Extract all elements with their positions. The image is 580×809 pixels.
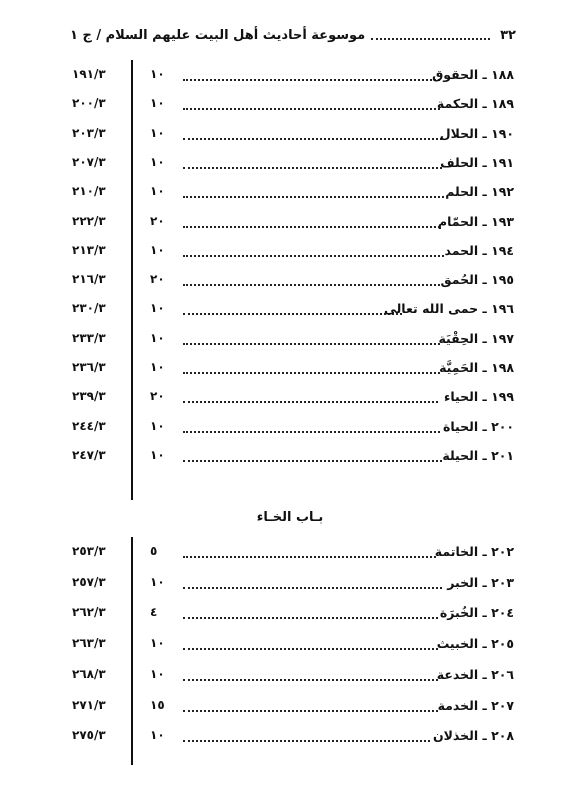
entry-title: ١٩٣ ـ الحمّام bbox=[438, 214, 514, 229]
entry-title: ١٩٦ ـ حمى الله تعالى bbox=[384, 301, 514, 316]
toc-entry[interactable]: ٢١٦/٣٢٠١٩٥ ـ الحُمق bbox=[0, 272, 580, 292]
entry-hadith-count: ١٠ bbox=[150, 575, 180, 589]
entry-hadith-count: ١٠ bbox=[150, 126, 180, 140]
entry-hadith-count: ١٠ bbox=[150, 301, 180, 315]
entry-title: ١٩١ ـ الحلف bbox=[440, 155, 514, 170]
entry-page-ref: ٢٥٧/٣ bbox=[72, 575, 127, 589]
leader-dots bbox=[183, 79, 440, 81]
leader-dots bbox=[183, 138, 442, 140]
entry-title: ٢٠٢ ـ الخاتمة bbox=[435, 544, 514, 559]
entry-title: ١٩٨ ـ الحَمِيَّة bbox=[439, 360, 514, 375]
leader-dots bbox=[183, 648, 438, 650]
leader-dots bbox=[183, 313, 402, 315]
leader-dots bbox=[183, 431, 440, 433]
entry-title: ١٩٤ ـ الحمد bbox=[445, 243, 514, 258]
entry-page-ref: ٢٤٤/٣ bbox=[72, 419, 127, 433]
leader-dots bbox=[183, 226, 440, 228]
chapter-heading: بـاب الخـاء bbox=[0, 510, 580, 525]
book-title: موسوعة أحاديث أهل البيت عليهم السلام / ج… bbox=[70, 28, 365, 43]
entry-page-ref: ٢٥٣/٣ bbox=[72, 544, 127, 558]
toc-entry[interactable]: ٢١٣/٣١٠١٩٤ ـ الحمد bbox=[0, 243, 580, 263]
entry-hadith-count: ١٠ bbox=[150, 448, 180, 462]
entry-page-ref: ٢٦٣/٣ bbox=[72, 636, 127, 650]
leader-dots bbox=[183, 710, 438, 712]
entry-hadith-count: ١٠ bbox=[150, 155, 180, 169]
leader-dots bbox=[183, 108, 440, 110]
entry-page-ref: ٢٣٦/٣ bbox=[72, 360, 127, 374]
leader-dots bbox=[183, 617, 438, 619]
toc-entry[interactable]: ٢٣٦/٣١٠١٩٨ ـ الحَمِيَّة bbox=[0, 360, 580, 380]
leader-dots bbox=[183, 460, 442, 462]
entry-page-ref: ٢٦٨/٣ bbox=[72, 667, 127, 681]
entry-hadith-count: ١٠ bbox=[150, 184, 180, 198]
entry-page-ref: ٢٠٠/٣ bbox=[72, 96, 127, 110]
entry-page-ref: ٢٤٧/٣ bbox=[72, 448, 127, 462]
toc-entry[interactable]: ٢٧١/٣١٥٢٠٧ ـ الخدمة bbox=[0, 698, 580, 718]
running-header: ٣٢ موسوعة أحاديث أهل البيت عليهم السلام … bbox=[70, 24, 516, 46]
toc-entry[interactable]: ٢٤٧/٣١٠٢٠١ ـ الحيلة bbox=[0, 448, 580, 468]
header-leader-dots bbox=[371, 38, 490, 40]
entry-hadith-count: ٢٠ bbox=[150, 272, 180, 286]
leader-dots bbox=[183, 679, 438, 681]
entry-hadith-count: ١٠ bbox=[150, 419, 180, 433]
entry-page-ref: ٢٣٩/٣ bbox=[72, 389, 127, 403]
leader-dots bbox=[183, 372, 440, 374]
entry-title: ١٩٢ ـ الحلم bbox=[445, 184, 514, 199]
entry-page-ref: ٢٠٣/٣ bbox=[72, 126, 127, 140]
entry-page-ref: ٢٣٣/٣ bbox=[72, 331, 127, 345]
leader-dots bbox=[183, 401, 438, 403]
entry-hadith-count: ١٠ bbox=[150, 360, 180, 374]
entry-page-ref: ٢١٣/٣ bbox=[72, 243, 127, 257]
toc-entry[interactable]: ٢٠٧/٣١٠١٩١ ـ الحلف bbox=[0, 155, 580, 175]
entry-page-ref: ٢٠٧/٣ bbox=[72, 155, 127, 169]
toc-entry[interactable]: ٢٥٧/٣١٠٢٠٣ ـ الخبر bbox=[0, 575, 580, 595]
entry-page-ref: ٢٧٥/٣ bbox=[72, 728, 127, 742]
toc-entry[interactable]: ٢٣٩/٣٢٠١٩٩ ـ الحياء bbox=[0, 389, 580, 409]
toc-entry[interactable]: ٢٣٣/٣١٠١٩٧ ـ الحِقْيَة bbox=[0, 331, 580, 351]
entry-title: ٢٠٠ ـ الحياة bbox=[443, 419, 514, 434]
leader-dots bbox=[183, 284, 440, 286]
entry-hadith-count: ١٠ bbox=[150, 728, 180, 742]
entry-title: ١٨٨ ـ الحقوق bbox=[432, 67, 514, 82]
entry-hadith-count: ١٠ bbox=[150, 243, 180, 257]
leader-dots bbox=[183, 556, 436, 558]
entry-title: ٢٠٧ ـ الخدمة bbox=[438, 698, 514, 713]
toc-entry[interactable]: ٢٢٢/٣٢٠١٩٣ ـ الحمّام bbox=[0, 214, 580, 234]
leader-dots bbox=[183, 167, 442, 169]
entry-title: ١٨٩ ـ الحكمة bbox=[437, 96, 514, 111]
entry-title: ٢٠١ ـ الحيلة bbox=[442, 448, 514, 463]
entry-hadith-count: ١٠ bbox=[150, 667, 180, 681]
toc-entry[interactable]: ١٩١/٣١٠١٨٨ ـ الحقوق bbox=[0, 67, 580, 87]
entry-title: ٢٠٣ ـ الخبر bbox=[447, 575, 514, 590]
entry-hadith-count: ٥ bbox=[150, 544, 180, 558]
entry-hadith-count: ٢٠ bbox=[150, 214, 180, 228]
toc-entry[interactable]: ٢٦٢/٣٤٢٠٤ ـ الخُبرَة bbox=[0, 605, 580, 625]
entry-hadith-count: ١٠ bbox=[150, 331, 180, 345]
entry-page-ref: ٢٢٢/٣ bbox=[72, 214, 127, 228]
toc-entry[interactable]: ٢٣٠/٣١٠١٩٦ ـ حمى الله تعالى bbox=[0, 301, 580, 321]
entry-hadith-count: ١٠ bbox=[150, 67, 180, 81]
entry-title: ٢٠٤ ـ الخُبرَة bbox=[440, 605, 514, 620]
toc-entry[interactable]: ٢١٠/٣١٠١٩٢ ـ الحلم bbox=[0, 184, 580, 204]
toc-entry[interactable]: ٢٦٨/٣١٠٢٠٦ ـ الخدعة bbox=[0, 667, 580, 687]
toc-entry[interactable]: ٢٥٣/٣٥٢٠٢ ـ الخاتمة bbox=[0, 544, 580, 564]
leader-dots bbox=[183, 343, 440, 345]
leader-dots bbox=[183, 196, 444, 198]
entry-page-ref: ٢١٦/٣ bbox=[72, 272, 127, 286]
entry-page-ref: ٢١٠/٣ bbox=[72, 184, 127, 198]
leader-dots bbox=[183, 587, 442, 589]
entry-page-ref: ٢٦٢/٣ bbox=[72, 605, 127, 619]
entry-hadith-count: ١٠ bbox=[150, 96, 180, 110]
entry-title: ٢٠٥ ـ الخبيث bbox=[437, 636, 514, 651]
toc-entry[interactable]: ٢٠٠/٣١٠١٨٩ ـ الحكمة bbox=[0, 96, 580, 116]
entry-page-ref: ١٩١/٣ bbox=[72, 67, 127, 81]
toc-entry[interactable]: ٢٧٥/٣١٠٢٠٨ ـ الخذلان bbox=[0, 728, 580, 748]
entry-page-ref: ٢٧١/٣ bbox=[72, 698, 127, 712]
entry-hadith-count: ١٠ bbox=[150, 636, 180, 650]
entry-title: ١٩٥ ـ الحُمق bbox=[440, 272, 514, 287]
page-number: ٣٢ bbox=[500, 28, 516, 43]
entry-title: ١٩٠ ـ الحلال bbox=[440, 126, 514, 141]
toc-entry[interactable]: ٢٤٤/٣١٠٢٠٠ ـ الحياة bbox=[0, 419, 580, 439]
entry-hadith-count: ١٥ bbox=[150, 698, 180, 712]
leader-dots bbox=[183, 255, 444, 257]
leader-dots bbox=[183, 740, 430, 742]
entry-title: ١٩٩ ـ الحياء bbox=[444, 389, 514, 404]
entry-hadith-count: ٢٠ bbox=[150, 389, 180, 403]
entry-title: ٢٠٦ ـ الخدعة bbox=[437, 667, 514, 682]
toc-entry[interactable]: ٢٦٣/٣١٠٢٠٥ ـ الخبيث bbox=[0, 636, 580, 656]
toc-entry[interactable]: ٢٠٣/٣١٠١٩٠ ـ الحلال bbox=[0, 126, 580, 146]
entry-hadith-count: ٤ bbox=[150, 605, 180, 619]
entry-title: ١٩٧ ـ الحِقْيَة bbox=[438, 331, 514, 346]
entry-page-ref: ٢٣٠/٣ bbox=[72, 301, 127, 315]
entry-title: ٢٠٨ ـ الخذلان bbox=[433, 728, 514, 743]
